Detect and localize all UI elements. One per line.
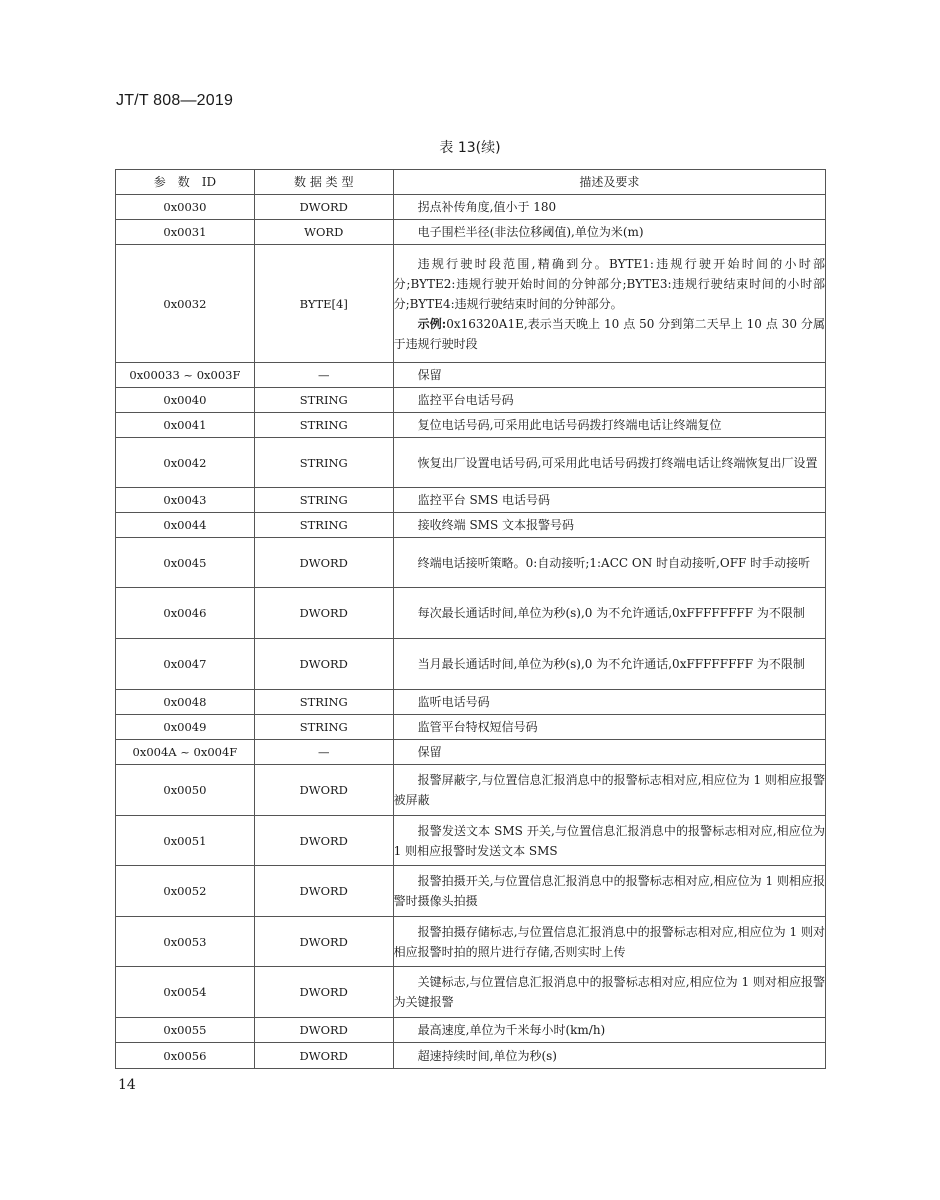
description-text: 报警拍摄存储标志,与位置信息汇报消息中的报警标志相对应,相应位为 1 则对相应报…	[394, 922, 825, 962]
description-text: 当月最长通话时间,单位为秒(s),0 为不允许通话,0xFFFFFFFF 为不限…	[394, 654, 825, 674]
table-row: 0x0053DWORD报警拍摄存储标志,与位置信息汇报消息中的报警标志相对应,相…	[116, 917, 826, 967]
description-cell: 报警拍摄存储标志,与位置信息汇报消息中的报警标志相对应,相应位为 1 则对相应报…	[393, 917, 825, 967]
description-text: 每次最长通话时间,单位为秒(s),0 为不允许通话,0xFFFFFFFF 为不限…	[394, 603, 825, 623]
table-row: 0x0047DWORD当月最长通话时间,单位为秒(s),0 为不允许通话,0xF…	[116, 639, 826, 690]
table-row: 0x0046DWORD每次最长通话时间,单位为秒(s),0 为不允许通话,0xF…	[116, 588, 826, 639]
description-cell: 报警拍摄开关,与位置信息汇报消息中的报警标志相对应,相应位为 1 则相应报警时摄…	[393, 866, 825, 917]
table-row: 0x0049STRING监管平台特权短信号码	[116, 715, 826, 740]
description-text: 超速持续时间,单位为秒(s)	[394, 1046, 825, 1066]
param-id-cell: 0x0041	[116, 413, 255, 438]
description-cell: 保留	[393, 363, 825, 388]
description-cell: 监控平台 SMS 电话号码	[393, 488, 825, 513]
description-cell: 违规行驶时段范围,精确到分。BYTE1:违规行驶开始时间的小时部分;BYTE2:…	[393, 245, 825, 363]
description-text: 报警屏蔽字,与位置信息汇报消息中的报警标志相对应,相应位为 1 则相应报警被屏蔽	[394, 770, 825, 810]
data-type-cell: DWORD	[254, 765, 393, 816]
param-id-cell: 0x0042	[116, 438, 255, 488]
description-cell: 恢复出厂设置电话号码,可采用此电话号码拨打终端电话让终端恢复出厂设置	[393, 438, 825, 488]
param-id-cell: 0x0047	[116, 639, 255, 690]
description-cell: 报警发送文本 SMS 开关,与位置信息汇报消息中的报警标志相对应,相应位为 1 …	[393, 816, 825, 866]
table-row: 0x0042STRING恢复出厂设置电话号码,可采用此电话号码拨打终端电话让终端…	[116, 438, 826, 488]
table-row: 0x0041STRING复位电话号码,可采用此电话号码拨打终端电话让终端复位	[116, 413, 826, 438]
description-text: 监控平台电话号码	[394, 390, 825, 410]
param-id-cell: 0x0056	[116, 1043, 255, 1069]
data-type-cell: DWORD	[254, 1043, 393, 1069]
param-id-cell: 0x0043	[116, 488, 255, 513]
table-row: 0x0044STRING接收终端 SMS 文本报警号码	[116, 513, 826, 538]
data-type-cell: —	[254, 740, 393, 765]
param-id-cell: 0x0045	[116, 538, 255, 588]
description-text: 恢复出厂设置电话号码,可采用此电话号码拨打终端电话让终端恢复出厂设置	[394, 453, 825, 473]
table-row: 0x004A ~ 0x004F—保留	[116, 740, 826, 765]
example-text: 0x16320A1E,表示当天晚上 10 点 50 分到第二天早上 10 点 3…	[394, 317, 825, 351]
description-text: 电子围栏半径(非法位移阈值),单位为米(m)	[394, 222, 825, 242]
description-text: 违规行驶时段范围,精确到分。BYTE1:违规行驶开始时间的小时部分;BYTE2:…	[394, 254, 825, 314]
data-type-cell: DWORD	[254, 588, 393, 639]
data-type-cell: DWORD	[254, 866, 393, 917]
description-text: 保留	[394, 365, 825, 385]
example-paragraph: 示例:0x16320A1E,表示当天晚上 10 点 50 分到第二天早上 10 …	[394, 314, 825, 354]
description-text: 拐点补传角度,值小于 180	[394, 197, 825, 217]
param-id-cell: 0x0040	[116, 388, 255, 413]
param-id-cell: 0x0032	[116, 245, 255, 363]
table-row: 0x0054DWORD关键标志,与位置信息汇报消息中的报警标志相对应,相应位为 …	[116, 967, 826, 1018]
data-type-cell: STRING	[254, 413, 393, 438]
param-id-cell: 0x0030	[116, 195, 255, 220]
description-cell: 监听电话号码	[393, 690, 825, 715]
table-row: 0x0030DWORD拐点补传角度,值小于 180	[116, 195, 826, 220]
param-id-cell: 0x0051	[116, 816, 255, 866]
data-type-cell: DWORD	[254, 538, 393, 588]
description-cell: 监控平台电话号码	[393, 388, 825, 413]
param-id-cell: 0x0053	[116, 917, 255, 967]
table-row: 0x0052DWORD报警拍摄开关,与位置信息汇报消息中的报警标志相对应,相应位…	[116, 866, 826, 917]
table-row: 0x0043STRING监控平台 SMS 电话号码	[116, 488, 826, 513]
description-cell: 接收终端 SMS 文本报警号码	[393, 513, 825, 538]
table-row: 0x0050DWORD报警屏蔽字,与位置信息汇报消息中的报警标志相对应,相应位为…	[116, 765, 826, 816]
parameter-table: 参 数 ID 数 据 类 型 描述及要求 0x0030DWORD拐点补传角度,值…	[115, 169, 826, 1069]
param-id-cell: 0x0046	[116, 588, 255, 639]
table-row: 0x0055DWORD最高速度,单位为千米每小时(km/h)	[116, 1018, 826, 1043]
param-id-cell: 0x0031	[116, 220, 255, 245]
table-row: 0x00033 ~ 0x003F—保留	[116, 363, 826, 388]
description-text: 保留	[394, 742, 825, 762]
description-cell: 当月最长通话时间,单位为秒(s),0 为不允许通话,0xFFFFFFFF 为不限…	[393, 639, 825, 690]
table-header-row: 参 数 ID 数 据 类 型 描述及要求	[116, 170, 826, 195]
document-code: JT/T 808—2019	[116, 92, 233, 110]
description-text: 接收终端 SMS 文本报警号码	[394, 515, 825, 535]
table-row: 0x0056DWORD超速持续时间,单位为秒(s)	[116, 1043, 826, 1069]
description-text: 最高速度,单位为千米每小时(km/h)	[394, 1020, 825, 1040]
data-type-cell: DWORD	[254, 1018, 393, 1043]
param-id-cell: 0x0044	[116, 513, 255, 538]
description-text: 监听电话号码	[394, 692, 825, 712]
table-row: 0x0032BYTE[4]违规行驶时段范围,精确到分。BYTE1:违规行驶开始时…	[116, 245, 826, 363]
page-number: 14	[118, 1077, 136, 1093]
table-row: 0x0045DWORD终端电话接听策略。0:自动接听;1:ACC ON 时自动接…	[116, 538, 826, 588]
example-label: 示例:	[418, 317, 447, 331]
description-text: 报警发送文本 SMS 开关,与位置信息汇报消息中的报警标志相对应,相应位为 1 …	[394, 821, 825, 861]
column-header-data-type: 数 据 类 型	[254, 170, 393, 195]
column-header-description: 描述及要求	[393, 170, 825, 195]
column-header-param-id: 参 数 ID	[116, 170, 255, 195]
description-cell: 终端电话接听策略。0:自动接听;1:ACC ON 时自动接听,OFF 时手动接听	[393, 538, 825, 588]
description-text: 监控平台 SMS 电话号码	[394, 490, 825, 510]
data-type-cell: STRING	[254, 513, 393, 538]
data-type-cell: DWORD	[254, 917, 393, 967]
table-row: 0x0048STRING监听电话号码	[116, 690, 826, 715]
data-type-cell: BYTE[4]	[254, 245, 393, 363]
param-id-cell: 0x004A ~ 0x004F	[116, 740, 255, 765]
description-cell: 超速持续时间,单位为秒(s)	[393, 1043, 825, 1069]
data-type-cell: STRING	[254, 488, 393, 513]
table-row: 0x0051DWORD报警发送文本 SMS 开关,与位置信息汇报消息中的报警标志…	[116, 816, 826, 866]
description-cell: 复位电话号码,可采用此电话号码拨打终端电话让终端复位	[393, 413, 825, 438]
description-cell: 监管平台特权短信号码	[393, 715, 825, 740]
data-type-cell: DWORD	[254, 195, 393, 220]
param-id-cell: 0x0049	[116, 715, 255, 740]
table-row: 0x0031WORD电子围栏半径(非法位移阈值),单位为米(m)	[116, 220, 826, 245]
description-text: 复位电话号码,可采用此电话号码拨打终端电话让终端复位	[394, 415, 825, 435]
description-cell: 每次最长通话时间,单位为秒(s),0 为不允许通话,0xFFFFFFFF 为不限…	[393, 588, 825, 639]
param-id-cell: 0x0050	[116, 765, 255, 816]
data-type-cell: DWORD	[254, 816, 393, 866]
data-type-cell: WORD	[254, 220, 393, 245]
description-cell: 拐点补传角度,值小于 180	[393, 195, 825, 220]
description-cell: 报警屏蔽字,与位置信息汇报消息中的报警标志相对应,相应位为 1 则相应报警被屏蔽	[393, 765, 825, 816]
description-text: 监管平台特权短信号码	[394, 717, 825, 737]
data-type-cell: DWORD	[254, 967, 393, 1018]
table-title: 表 13(续)	[0, 137, 940, 157]
description-text: 报警拍摄开关,与位置信息汇报消息中的报警标志相对应,相应位为 1 则相应报警时摄…	[394, 871, 825, 911]
param-id-cell: 0x0055	[116, 1018, 255, 1043]
data-type-cell: STRING	[254, 388, 393, 413]
data-type-cell: STRING	[254, 690, 393, 715]
data-type-cell: STRING	[254, 715, 393, 740]
data-type-cell: STRING	[254, 438, 393, 488]
description-cell: 保留	[393, 740, 825, 765]
param-id-cell: 0x00033 ~ 0x003F	[116, 363, 255, 388]
description-text: 关键标志,与位置信息汇报消息中的报警标志相对应,相应位为 1 则对相应报警为关键…	[394, 972, 825, 1012]
data-type-cell: —	[254, 363, 393, 388]
param-id-cell: 0x0054	[116, 967, 255, 1018]
description-cell: 电子围栏半径(非法位移阈值),单位为米(m)	[393, 220, 825, 245]
table-row: 0x0040STRING监控平台电话号码	[116, 388, 826, 413]
description-text: 终端电话接听策略。0:自动接听;1:ACC ON 时自动接听,OFF 时手动接听	[394, 553, 825, 573]
param-id-cell: 0x0052	[116, 866, 255, 917]
data-type-cell: DWORD	[254, 639, 393, 690]
description-cell: 关键标志,与位置信息汇报消息中的报警标志相对应,相应位为 1 则对相应报警为关键…	[393, 967, 825, 1018]
param-id-cell: 0x0048	[116, 690, 255, 715]
description-cell: 最高速度,单位为千米每小时(km/h)	[393, 1018, 825, 1043]
